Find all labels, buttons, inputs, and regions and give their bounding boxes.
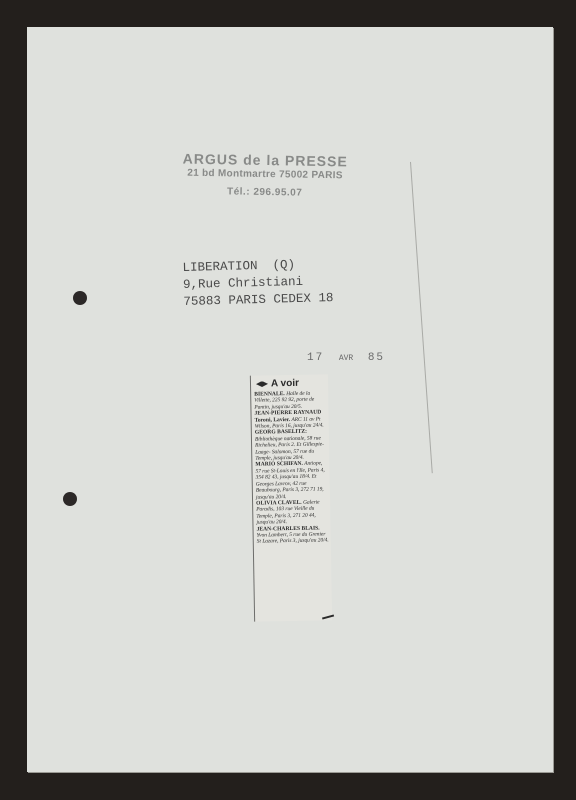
clipping-entry: JEAN-PIERRE RAYNAUD Toroni, Lavier. ARC … — [254, 410, 326, 430]
entry-details: Bibliothèque nationale, 58 rue Richelieu… — [255, 435, 324, 461]
clipping-heading: A voir — [256, 377, 326, 389]
press-agency-stamp: ARGUS de la PRESSE 21 bd Montmartre 7500… — [180, 151, 351, 200]
overlay-slip-edge — [410, 162, 433, 473]
date-month: AVR — [339, 354, 353, 363]
punch-hole-top — [73, 291, 87, 305]
stamp-name: ARGUS de la PRESSE — [180, 151, 350, 170]
punch-hole-bottom — [63, 492, 77, 506]
date-day: 17 — [307, 352, 324, 364]
clipping-title: A voir — [271, 378, 299, 389]
clipping-entry: MARIO SCHIFAN. Antiope, 57 rue St-Louis … — [255, 461, 328, 501]
date-year: 85 — [368, 352, 385, 364]
clipping-entry: OLIVIA CLAVEL. Galerie Paradis, 103 rue … — [256, 499, 328, 526]
date-stamp: 17 AVR 85 — [307, 352, 385, 364]
diamond-icon — [256, 381, 268, 387]
clipping-entries: BIENNALE. Halle de la Villette, 225 92 9… — [254, 390, 329, 545]
clipping-entry: GEORG BASELITZ: Bibliothèque nationale, … — [255, 429, 328, 462]
stamp-address: 21 bd Montmartre 75002 PARIS — [180, 168, 350, 182]
clipping-entry: BIENNALE. Halle de la Villette, 225 92 9… — [254, 390, 326, 410]
newspaper-clipping: A voir BIENNALE. Halle de la Villette, 2… — [250, 374, 332, 621]
clipping-entry: JEAN-CHARLES BLAIS. Yvon Lambert, 5 rue … — [256, 525, 328, 545]
entry-details: Yvon Lambert, 5 rue du Grenier St Lazare… — [257, 531, 329, 545]
recipient-address: LIBERATION (Q) 9,Rue Christiani 75883 PA… — [182, 256, 333, 311]
